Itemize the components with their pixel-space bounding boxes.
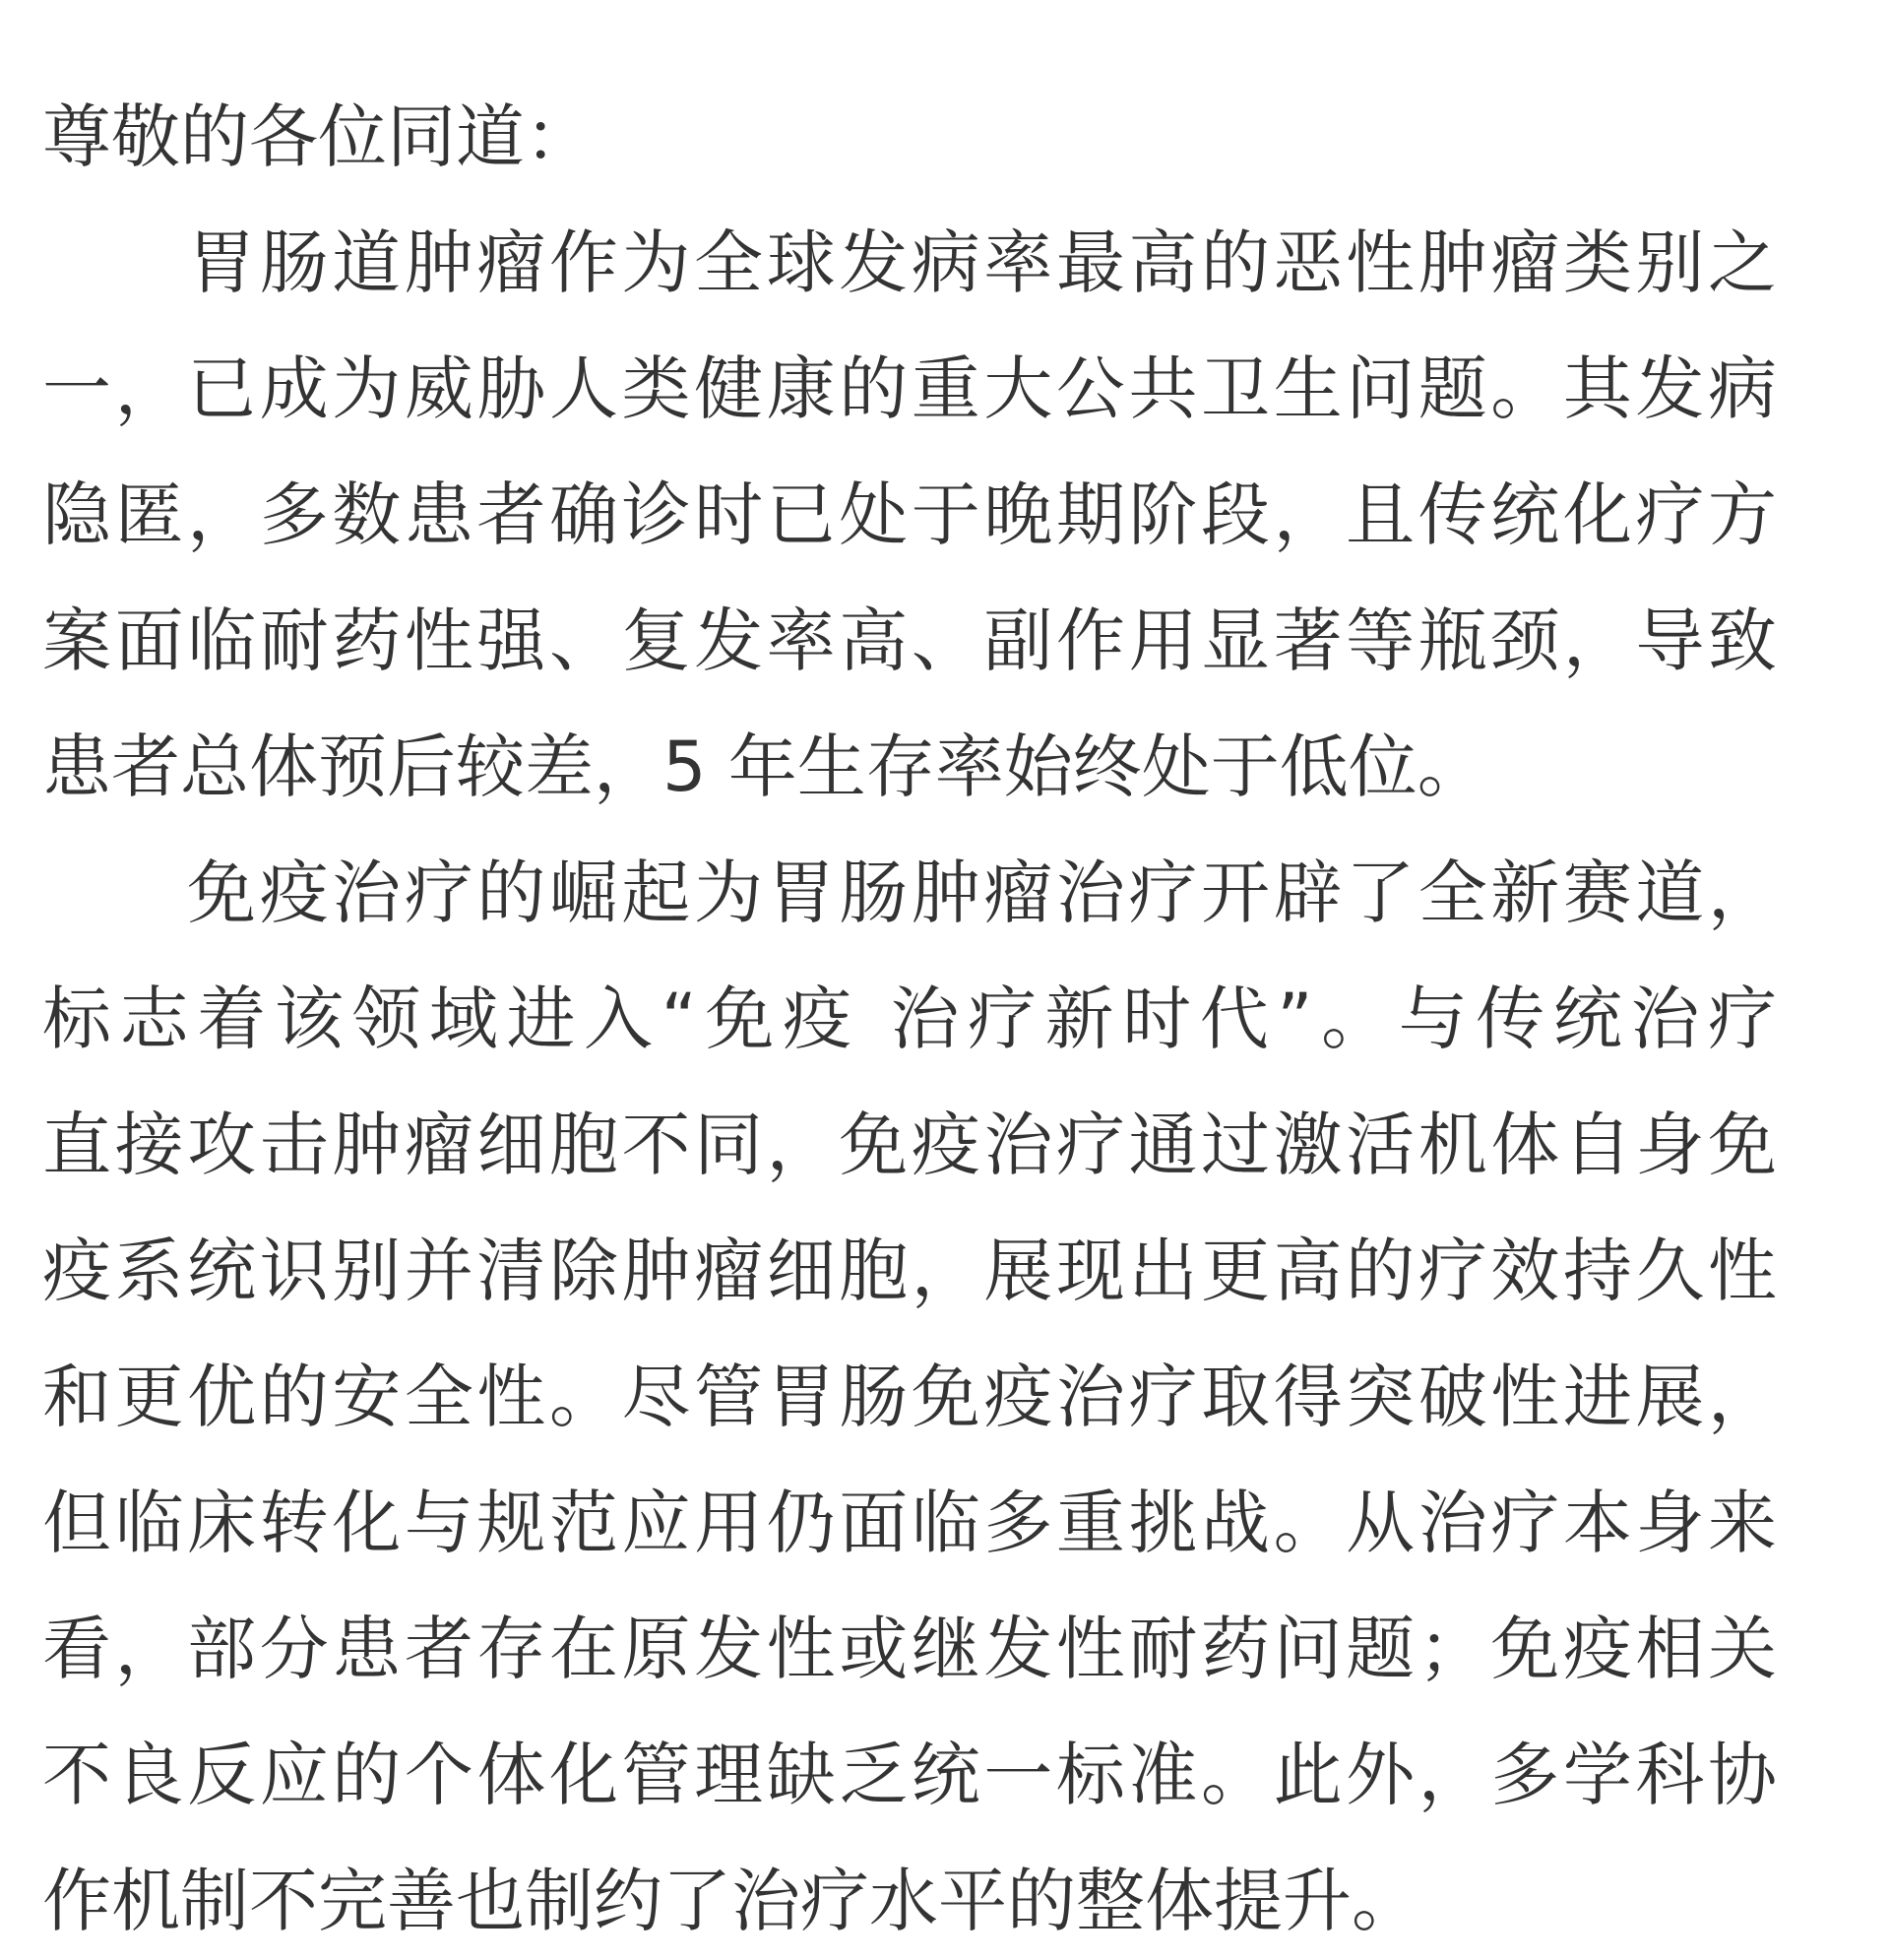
letter-document: 尊敬的各位同道： 胃肠道肿瘤作为全球发病率最高的恶性肿瘤类别之 一，已成为威胁人… <box>0 0 1890 1960</box>
paragraph-line: 患者总体预后较差，5 年生存率始终处于低位。 <box>42 723 1777 811</box>
paragraph-line: 隐匿，多数患者确诊时已处于晚期阶段，且传统化疗方 <box>42 471 1777 559</box>
paragraph-line: 直接攻击肿瘤细胞不同，免疫治疗通过激活机体自身免 <box>42 1101 1777 1189</box>
salutation: 尊敬的各位同道： <box>42 93 1777 181</box>
paragraph-line: 标志着该领域进入“免疫 治疗新时代”。与传统治疗 <box>42 975 1777 1063</box>
paragraph-line: 免疫治疗的崛起为胃肠肿瘤治疗开辟了全新赛道， <box>187 849 1777 937</box>
paragraph-line: 胃肠道肿瘤作为全球发病率最高的恶性肿瘤类别之 <box>187 219 1777 307</box>
paragraph-line: 一，已成为威胁人类健康的重大公共卫生问题。其发病 <box>42 345 1777 433</box>
paragraph-line: 不良反应的个体化管理缺乏统一标准。此外，多学科协 <box>42 1731 1777 1819</box>
paragraph-line: 案面临耐药性强、复发率高、副作用显著等瓶颈，导致 <box>42 597 1777 685</box>
paragraph-line: 作机制不完善也制约了治疗水平的整体提升。 <box>42 1857 1777 1945</box>
paragraph-line: 疫系统识别并清除肿瘤细胞，展现出更高的疗效持久性 <box>42 1227 1777 1315</box>
paragraph-line: 看，部分患者存在原发性或继发性耐药问题；免疫相关 <box>42 1605 1777 1693</box>
paragraph-line: 和更优的安全性。尽管胃肠免疫治疗取得突破性进展， <box>42 1353 1777 1441</box>
paragraph-line: 但临床转化与规范应用仍面临多重挑战。从治疗本身来 <box>42 1479 1777 1567</box>
